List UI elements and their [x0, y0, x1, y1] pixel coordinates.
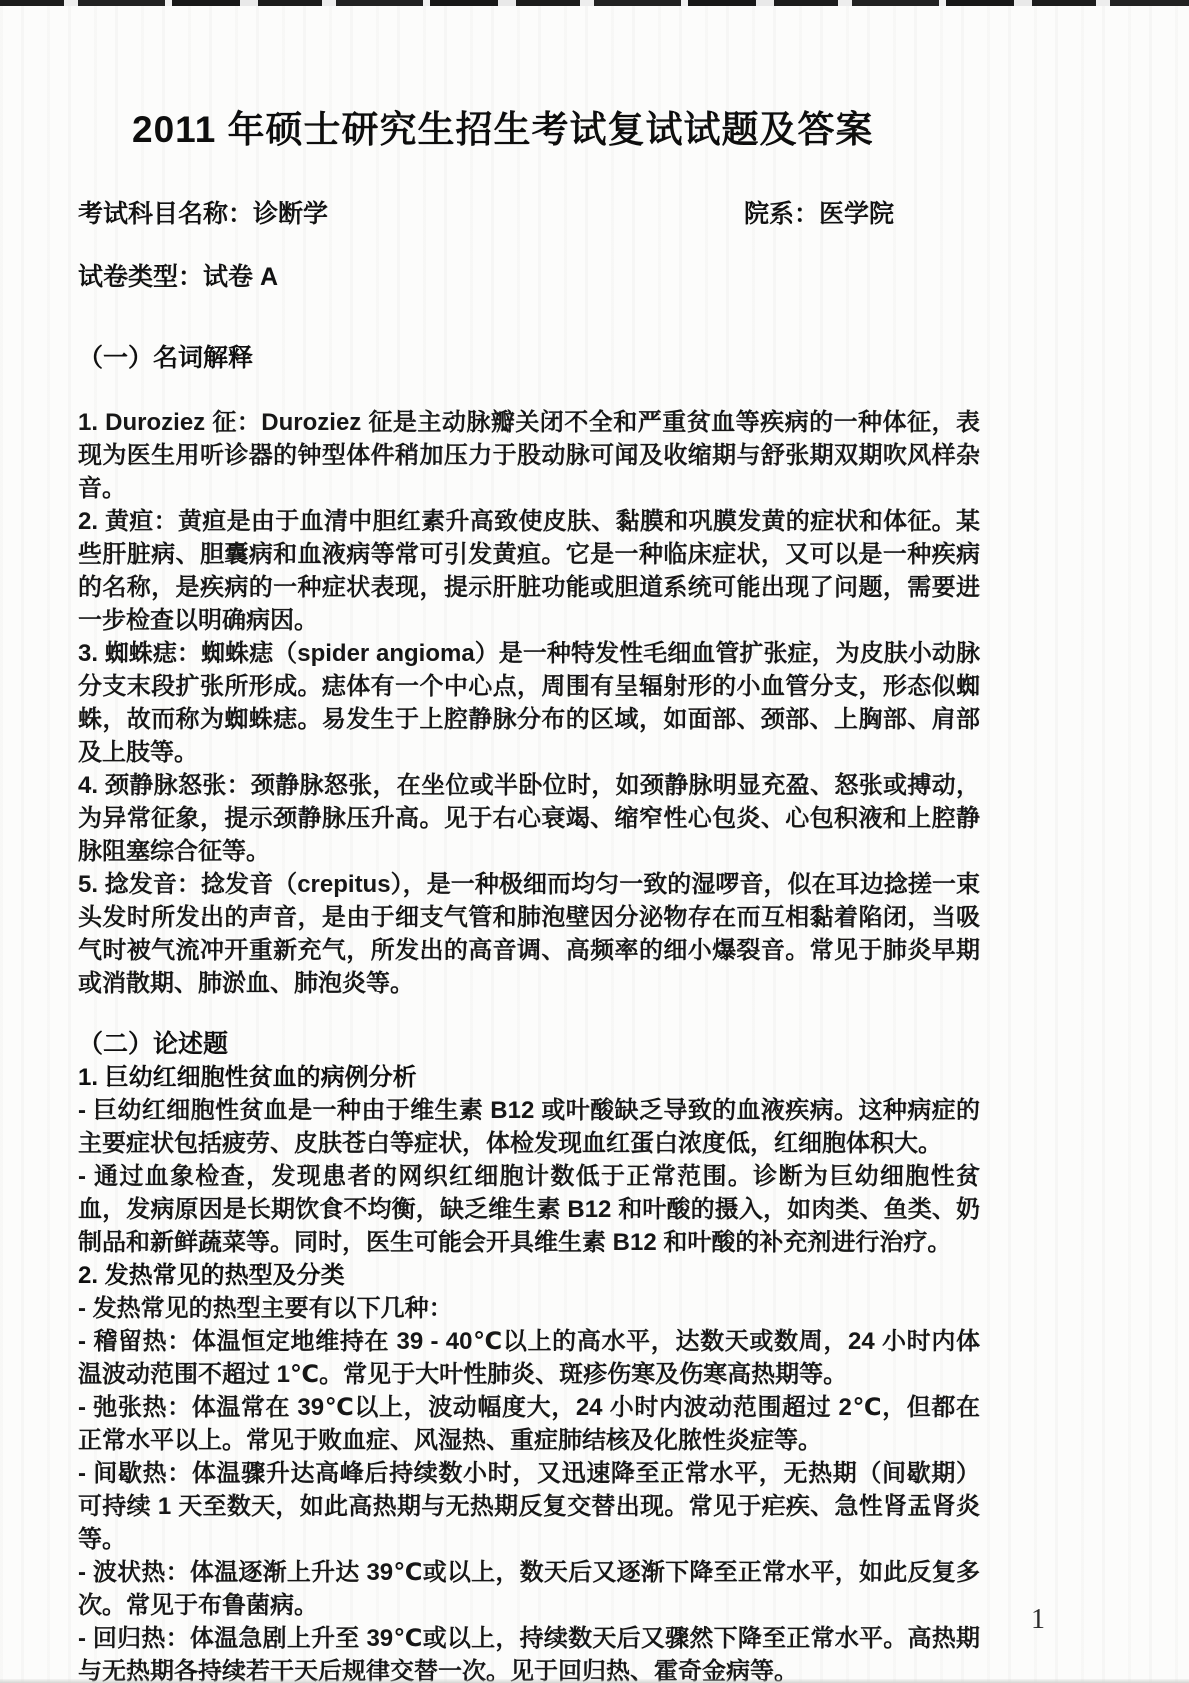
essay-question-1: 1. 巨幼红细胞性贫血的病例分析 - 巨幼红细胞性贫血是一种由于维生素 B12 …	[78, 1061, 980, 1259]
section-2-heading: （二）论述题	[78, 1028, 980, 1061]
scanned-exam-page: 2011 年硕士研究生招生考试复试试题及答案 考试科目名称：诊断学 院系：医学院…	[0, 0, 1189, 1683]
document-title: 2011 年硕士研究生招生考试复试试题及答案	[132, 106, 980, 154]
definition-item-1: 1. Duroziez 征：Duroziez 征是主动脉瓣关闭不全和严重贫血等疾…	[78, 406, 980, 505]
essay-question-1-point: - 巨幼红细胞性贫血是一种由于维生素 B12 或叶酸缺乏导致的血液疾病。这种病症…	[78, 1094, 980, 1160]
page-content: 2011 年硕士研究生招生考试复试试题及答案 考试科目名称：诊断学 院系：医学院…	[78, 0, 980, 1683]
essay-question-2-title: 2. 发热常见的热型及分类	[78, 1259, 980, 1292]
definition-item-2: 2. 黄疸：黄疸是由于血清中胆红素升高致使皮肤、黏膜和巩膜发黄的症状和体征。某些…	[78, 505, 980, 637]
essay-question-1-title: 1. 巨幼红细胞性贫血的病例分析	[78, 1061, 980, 1094]
department-field: 院系：医学院	[744, 194, 894, 230]
essay-question-2-point: - 回归热：体温急剧上升至 39℃或以上，持续数天后又骤然下降至正常水平。高热期…	[78, 1622, 980, 1683]
essay-question-1-point: - 通过血象检查，发现患者的网织红细胞计数低于正常范围。诊断为巨幼细胞性贫血，发…	[78, 1160, 980, 1259]
essay-question-2-point: - 波状热：体温逐渐上升达 39℃或以上，数天后又逐渐下降至正常水平，如此反复多…	[78, 1556, 980, 1622]
paper-type-field: 试卷类型：试卷 A	[78, 257, 980, 293]
exam-subject-field: 考试科目名称：诊断学	[78, 194, 328, 230]
essay-question-2: 2. 发热常见的热型及分类 - 发热常见的热型主要有以下几种： - 稽留热：体温…	[78, 1259, 980, 1683]
essay-question-2-point: - 稽留热：体温恒定地维持在 39 - 40℃以上的高水平，达数天或数周，24 …	[78, 1325, 980, 1391]
definition-list: 1. Duroziez 征：Duroziez 征是主动脉瓣关闭不全和严重贫血等疾…	[78, 406, 980, 1000]
essay-question-2-point: - 发热常见的热型主要有以下几种：	[78, 1292, 980, 1325]
definition-item-4: 4. 颈静脉怒张：颈静脉怒张，在坐位或半卧位时，如颈静脉明显充盈、怒张或搏动，为…	[78, 769, 980, 868]
definition-item-3: 3. 蜘蛛痣：蜘蛛痣（spider angioma）是一种特发性毛细血管扩张症，…	[78, 637, 980, 769]
page-number: 1	[1031, 1604, 1045, 1636]
essay-question-2-point: - 间歇热：体温骤升达高峰后持续数小时，又迅速降至正常水平，无热期（间歇期）可持…	[78, 1457, 980, 1556]
scan-edge-artifact-bottom	[0, 1679, 1189, 1683]
definition-item-5: 5. 捻发音：捻发音（crepitus），是一种极细而均匀一致的湿啰音，似在耳边…	[78, 868, 980, 1000]
section-1-heading: （一）名词解释	[78, 342, 980, 375]
essay-question-2-point: - 弛张热：体温常在 39℃以上，波动幅度大，24 小时内波动范围超过 2℃，但…	[78, 1391, 980, 1457]
exam-meta-row: 考试科目名称：诊断学 院系：医学院	[78, 194, 980, 230]
